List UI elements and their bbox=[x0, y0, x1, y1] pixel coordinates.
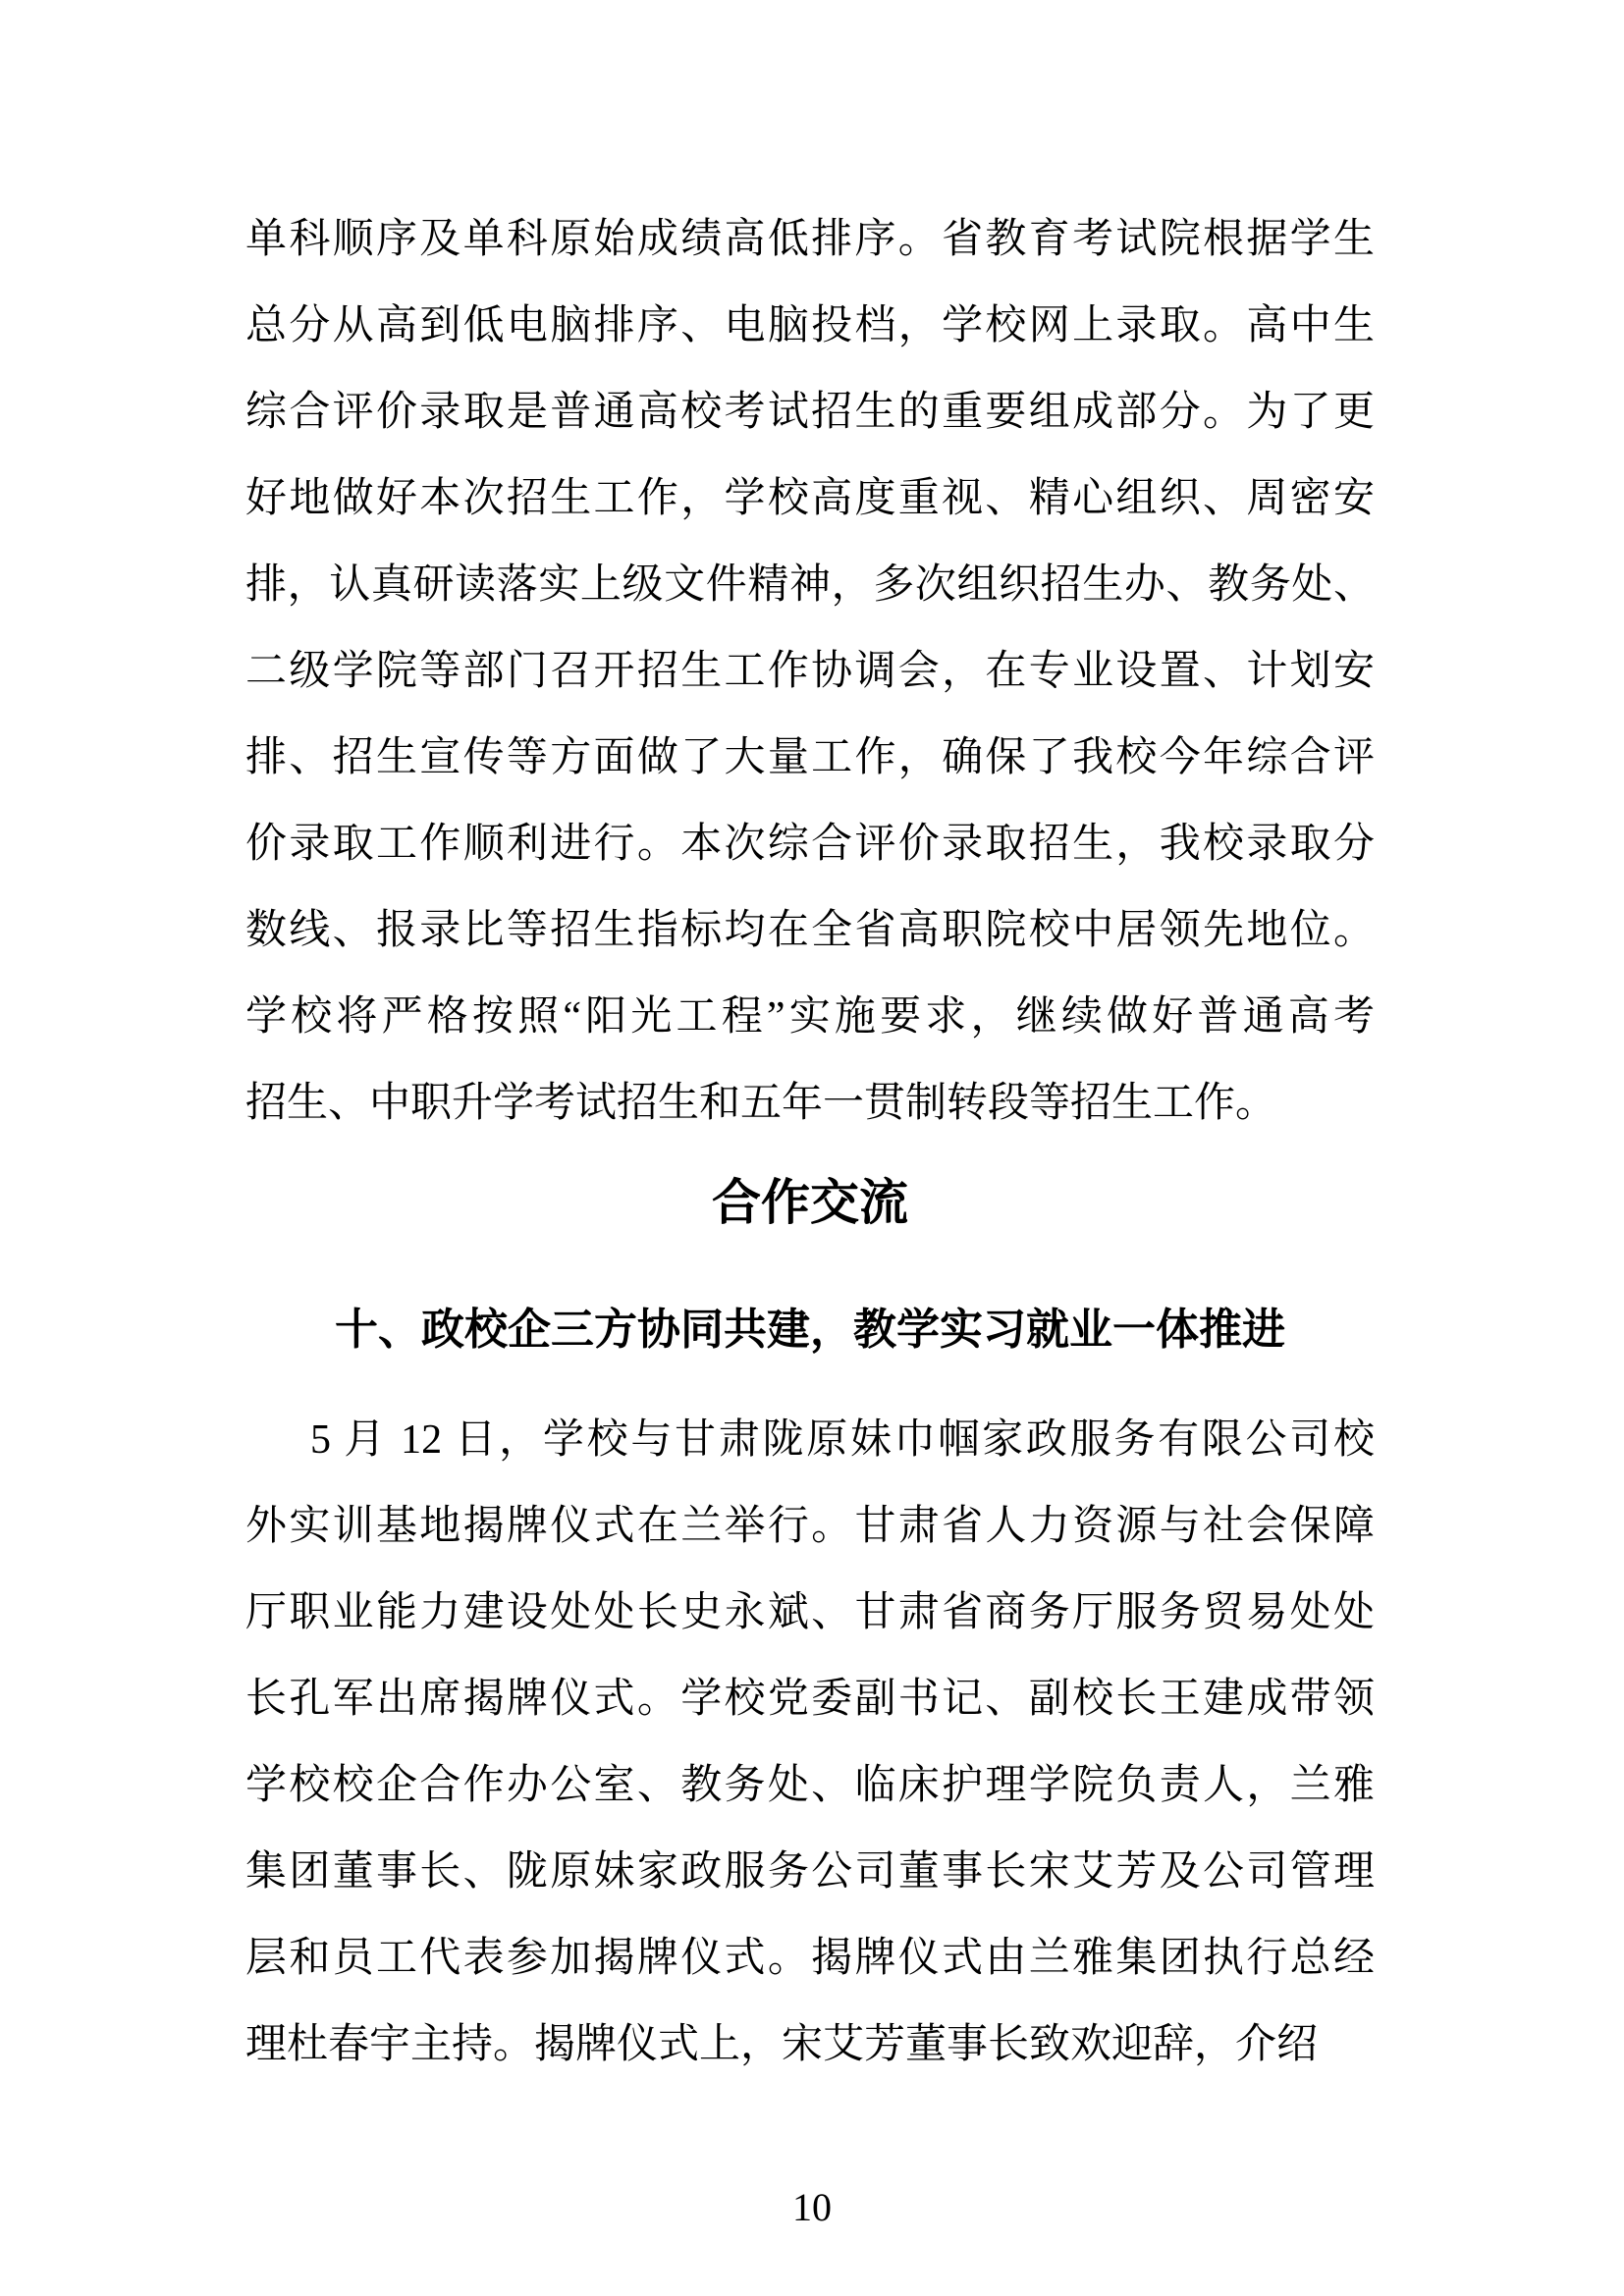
para2-line: 长孔军出席揭牌仪式。学校党委副书记、副校长王建成带领 bbox=[245, 1656, 1375, 1742]
document-page: 单科顺序及单科原始成绩高低排序。省教育考试院根据学生 总分从高到低电脑排序、电脑… bbox=[0, 0, 1624, 2296]
para2-line: 学校校企合作办公室、教务处、临床护理学院负责人，兰雅 bbox=[245, 1742, 1375, 1829]
para1-line: 排、招生宣传等方面做了大量工作，确保了我校今年综合评 bbox=[245, 715, 1375, 801]
page-content: 单科顺序及单科原始成绩高低排序。省教育考试院根据学生 总分从高到低电脑排序、电脑… bbox=[245, 196, 1375, 2088]
para1-line: 好地做好本次招生工作，学校高度重视、精心组织、周密安 bbox=[245, 455, 1375, 542]
para1-line: 排，认真研读落实上级文件精神，多次组织招生办、教务处、 bbox=[245, 542, 1375, 628]
page-number: 10 bbox=[0, 2184, 1624, 2231]
para1-line: 学校将严格按照“阳光工程”实施要求，继续做好普通高考 bbox=[245, 974, 1375, 1060]
body-paragraph-1: 单科顺序及单科原始成绩高低排序。省教育考试院根据学生 总分从高到低电脑排序、电脑… bbox=[245, 196, 1375, 1147]
para1-line: 单科顺序及单科原始成绩高低排序。省教育考试院根据学生 bbox=[245, 196, 1375, 283]
body-paragraph-2: 5 月 12 日，学校与甘肃陇原妹巾帼家政服务有限公司校 外实训基地揭牌仪式在兰… bbox=[245, 1397, 1375, 2088]
para1-line: 综合评价录取是普通高校考试招生的重要组成部分。为了更 bbox=[245, 369, 1375, 455]
para2-line: 外实训基地揭牌仪式在兰举行。甘肃省人力资源与社会保障 bbox=[245, 1483, 1375, 1570]
para1-line: 数线、报录比等招生指标均在全省高职院校中居领先地位。 bbox=[245, 887, 1375, 974]
para1-line: 招生、中职升学考试招生和五年一贯制转段等招生工作。 bbox=[245, 1060, 1375, 1147]
para1-line: 二级学院等部门召开招生工作协调会，在专业设置、计划安 bbox=[245, 628, 1375, 715]
para1-line: 价录取工作顺利进行。本次综合评价录取招生，我校录取分 bbox=[245, 801, 1375, 887]
para2-line: 集团董事长、陇原妹家政服务公司董事长宋艾芳及公司管理 bbox=[245, 1829, 1375, 1915]
para2-line: 理杜春宇主持。揭牌仪式上，宋艾芳董事长致欢迎辞，介绍 bbox=[245, 2002, 1375, 2088]
section-heading: 合作交流 bbox=[245, 1147, 1375, 1259]
section-subheading: 十、政校企三方协同共建，教学实习就业一体推进 bbox=[245, 1287, 1375, 1373]
para1-line: 总分从高到低电脑排序、电脑投档，学校网上录取。高中生 bbox=[245, 283, 1375, 369]
para2-line: 厅职业能力建设处处长史永斌、甘肃省商务厅服务贸易处处 bbox=[245, 1570, 1375, 1656]
para2-line: 5 月 12 日，学校与甘肃陇原妹巾帼家政服务有限公司校 bbox=[245, 1397, 1375, 1483]
para2-line: 层和员工代表参加揭牌仪式。揭牌仪式由兰雅集团执行总经 bbox=[245, 1915, 1375, 2002]
